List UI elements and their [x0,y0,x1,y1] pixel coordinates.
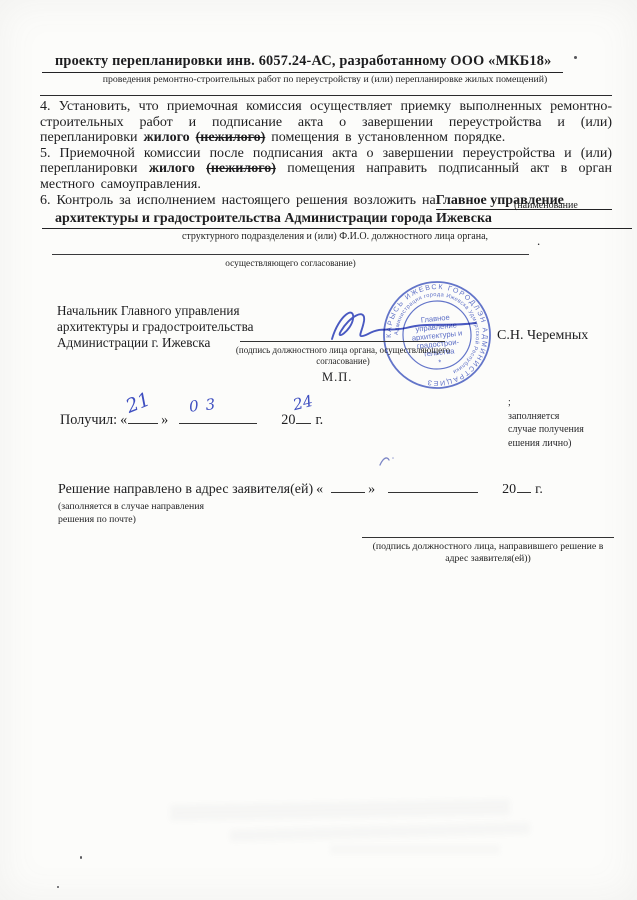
sender-signature-caption-line2: адрес заявителя(ей)) [362,553,614,565]
sent-year-blank [517,477,531,493]
official-name: С.Н. Черемных [497,328,588,344]
scan-speck [57,886,59,888]
sent-label: Решение направлено в адрес заявителя(ей) [58,482,313,498]
pen-tick-mark [376,454,396,468]
signature-caption-line1: (подпись должностного лица органа, осуще… [234,345,452,356]
close-quote: » [161,412,168,429]
received-year-blank: 24 [296,408,311,424]
blank-rule-line [52,254,529,255]
sent-line: Решение направлено в адрес заявителя(ей)… [58,477,543,498]
assignee-line-2-text: архитектуры и градостроительства Админис… [55,211,492,226]
sent-note-line1: (заполняется в случае направления [58,501,204,514]
scan-speck [80,856,82,859]
stray-period-mark: . [537,233,540,249]
project-line-caption: проведения ремонтно-строительных работ п… [95,74,555,85]
received-month-blank: 03 [179,408,257,424]
clauses-section: 4. Установить, что приемочная комиссия о… [40,95,612,210]
received-year-unit: г. [315,412,323,429]
clause-6-text: 6. Контроль за исполнением настоящего ре… [40,193,436,209]
received-note-frag4: ешения лично) [508,437,584,451]
clause-4: 4. Установить, что приемочная комиссия о… [40,99,612,146]
signature-caption: (подпись должностного лица органа, осуще… [234,345,452,367]
bleed-through-smudge [330,845,500,854]
sent-day-blank [331,477,365,493]
open-quote: « [316,482,323,498]
official-title-line1: Начальник Главного управления [57,303,253,319]
clause-5: 5. Приемочной комиссии после подписания … [40,146,612,193]
received-note-fragment-block: ; заполняется случае получения ешения ли… [508,396,584,450]
received-label: Получил: [60,412,117,429]
sent-note-line2: решения по почте) [58,514,204,527]
open-quote: « [120,412,127,429]
clause-4-tail: помещения в установленном порядке. [265,130,505,145]
assignee-line-2-underlined: архитектуры и градостроительства Админис… [42,209,632,229]
received-day-blank: 21 [128,408,158,424]
official-title-line2: архитектуры и градостроительства [57,319,253,335]
seal-place-mark: М.П. [322,370,352,385]
scanned-document-page: проекту перепланировки инв. 6057.24-АС, … [0,0,637,900]
caption-structural-unit: структурного подразделения и (или) Ф.И.О… [170,231,500,242]
sent-note: (заполняется в случае направления решени… [58,501,204,526]
handwritten-month: 03 [188,394,223,415]
sender-signature-block: (подпись должностного лица, направившего… [362,537,614,565]
sender-signature-caption-line1: (подпись должностного лица, направившего… [362,541,614,553]
official-title-block: Начальник Главного управления архитектур… [57,303,253,351]
sent-century: 20 [502,482,516,498]
close-quote: » [368,482,375,498]
clause-5-bold: жилого [149,161,206,176]
clause-4-strikethrough: (нежилого) [196,130,266,145]
scan-speck [574,56,577,59]
caption-approving: осуществляющего согласование) [218,259,363,269]
handwritten-year: 24 [292,392,316,414]
received-note-frag3: случае получения [508,423,584,437]
clause-4-bold: жилого [144,130,196,145]
clause-5-strikethrough: (нежилого) [206,161,276,176]
received-note-frag2: заполняется [508,410,584,424]
received-century: 20 [281,412,295,429]
bleed-through-smudge [170,799,510,821]
project-line-text: проекту перепланировки инв. 6057.24-АС, … [55,53,551,69]
received-line: Получил: « 21 » 03 20 24 г. [60,408,323,429]
official-title-line3: Администрации г. Ижевска [57,335,253,351]
handwritten-day: 21 [123,388,154,417]
received-note-frag1: ; [508,396,584,410]
signature-caption-line2: согласование) [234,356,452,367]
sent-month-blank [388,477,478,493]
signature-rule-line [240,341,445,342]
project-line-underlined: проекту перепланировки инв. 6057.24-АС, … [42,52,563,73]
bleed-through-smudge [230,822,530,842]
sent-year-unit: г. [535,482,543,498]
